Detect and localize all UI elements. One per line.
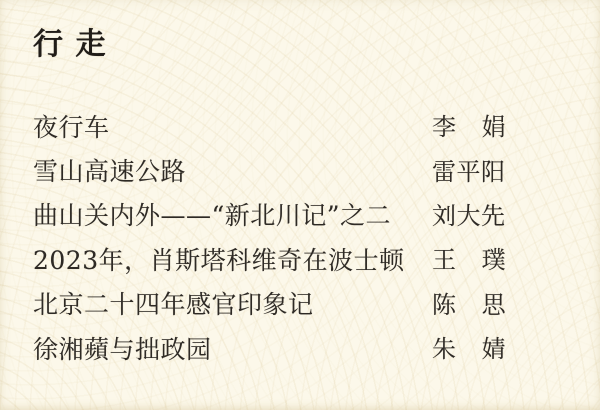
section-title: 行 走 [33,26,106,64]
toc-entry-author: 王 璞 [432,248,506,272]
toc-entry-title: 夜行车 [33,115,110,140]
toc-entry-author: 陈 思 [432,293,506,317]
toc-entry-author: 朱 婧 [432,337,506,361]
toc-entry-title: 曲山关内外——“新北川记”之二 [33,203,391,228]
toc-page: 行 走 夜行车 李 娟 雪山高速公路 雷平阳 曲山关内外——“新北川记”之二 刘… [0,0,600,410]
toc-row: 北京二十四年感官印象记 陈 思 [33,283,580,327]
toc-row: 夜行车 李 娟 [33,105,580,149]
toc-entry-title: 雪山高速公路 [33,159,186,184]
toc-list: 夜行车 李 娟 雪山高速公路 雷平阳 曲山关内外——“新北川记”之二 刘大先 2… [33,105,580,371]
toc-entry-title: 2023年，肖斯塔科维奇在波士顿 [33,248,405,273]
toc-entry-author: 刘大先 [432,204,506,228]
toc-entry-author: 李 娟 [432,115,506,139]
toc-row: 曲山关内外——“新北川记”之二 刘大先 [33,194,580,238]
toc-entry-title: 北京二十四年感官印象记 [33,292,314,317]
toc-entry-author: 雷平阳 [432,160,506,184]
toc-row: 雪山高速公路 雷平阳 [33,149,580,193]
toc-row: 2023年，肖斯塔科维奇在波士顿 王 璞 [33,238,580,282]
toc-entry-title: 徐湘蘋与拙政园 [33,337,212,362]
toc-row: 徐湘蘋与拙政园 朱 婧 [33,327,580,371]
